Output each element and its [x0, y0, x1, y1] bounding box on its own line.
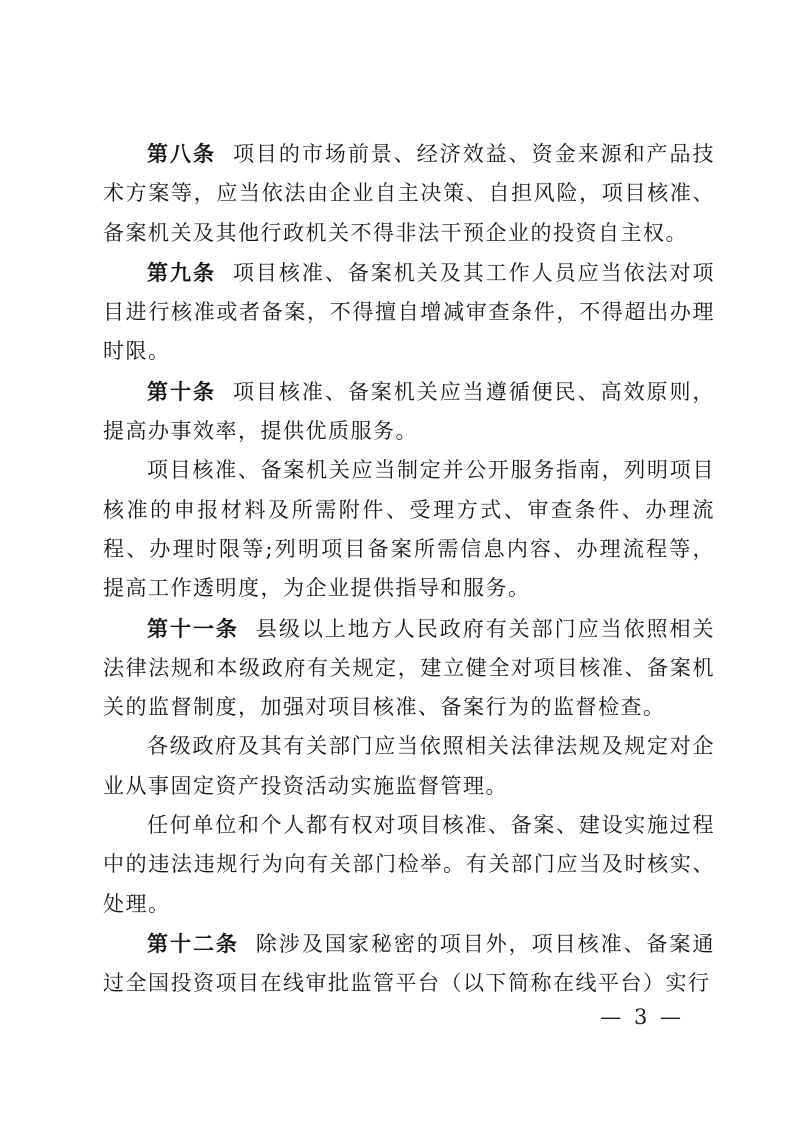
paragraph: 第十条项目核准、备案机关应当遵循便民、高效原则，提高办事效率，提供优质服务。	[103, 372, 715, 452]
paragraph: 第十二条除涉及国家秘密的项目外，项目核准、备案通过全国投资项目在线审批监管平台（…	[103, 924, 715, 1004]
paragraph-text: 项目核准、备案机关应当制定并公开服务指南，列明项目核准的申报材料及所需附件、受理…	[103, 458, 715, 600]
article-number: 第十条	[147, 379, 216, 404]
paragraph: 第十一条县级以上地方人民政府有关部门应当依照相关法律法规和本级政府有关规定，建立…	[103, 609, 715, 728]
paragraph-text: 任何单位和个人都有权对项目核准、备案、建设实施过程中的违法违规行为向有关部门检举…	[103, 813, 715, 916]
paragraph: 第八条项目的市场前景、经济效益、资金来源和产品技术方案等，应当依法由企业自主决策…	[103, 134, 715, 253]
paragraph: 各级政府及其有关部门应当依照相关法律法规及规定对企业从事固定资产投资活动实施监督…	[103, 727, 715, 806]
article-number: 第十一条	[147, 616, 239, 641]
article-number: 第九条	[147, 260, 216, 285]
paragraph-text: 各级政府及其有关部门应当依照相关法律法规及规定对企业从事固定资产投资活动实施监督…	[103, 734, 715, 797]
paragraph: 第九条项目核准、备案机关及其工作人员应当依法对项目进行核准或者备案，不得擅自增减…	[103, 253, 715, 372]
page-number: — 3 —	[600, 1005, 684, 1029]
document-body: 第八条项目的市场前景、经济效益、资金来源和产品技术方案等，应当依法由企业自主决策…	[103, 134, 715, 1004]
paragraph: 项目核准、备案机关应当制定并公开服务指南，列明项目核准的申报材料及所需附件、受理…	[103, 451, 715, 608]
document-page: 第八条项目的市场前景、经济效益、资金来源和产品技术方案等，应当依法由企业自主决策…	[0, 0, 800, 1131]
paragraph: 任何单位和个人都有权对项目核准、备案、建设实施过程中的违法违规行为向有关部门检举…	[103, 806, 715, 924]
article-number: 第十二条	[147, 931, 239, 956]
article-number: 第八条	[147, 141, 216, 166]
